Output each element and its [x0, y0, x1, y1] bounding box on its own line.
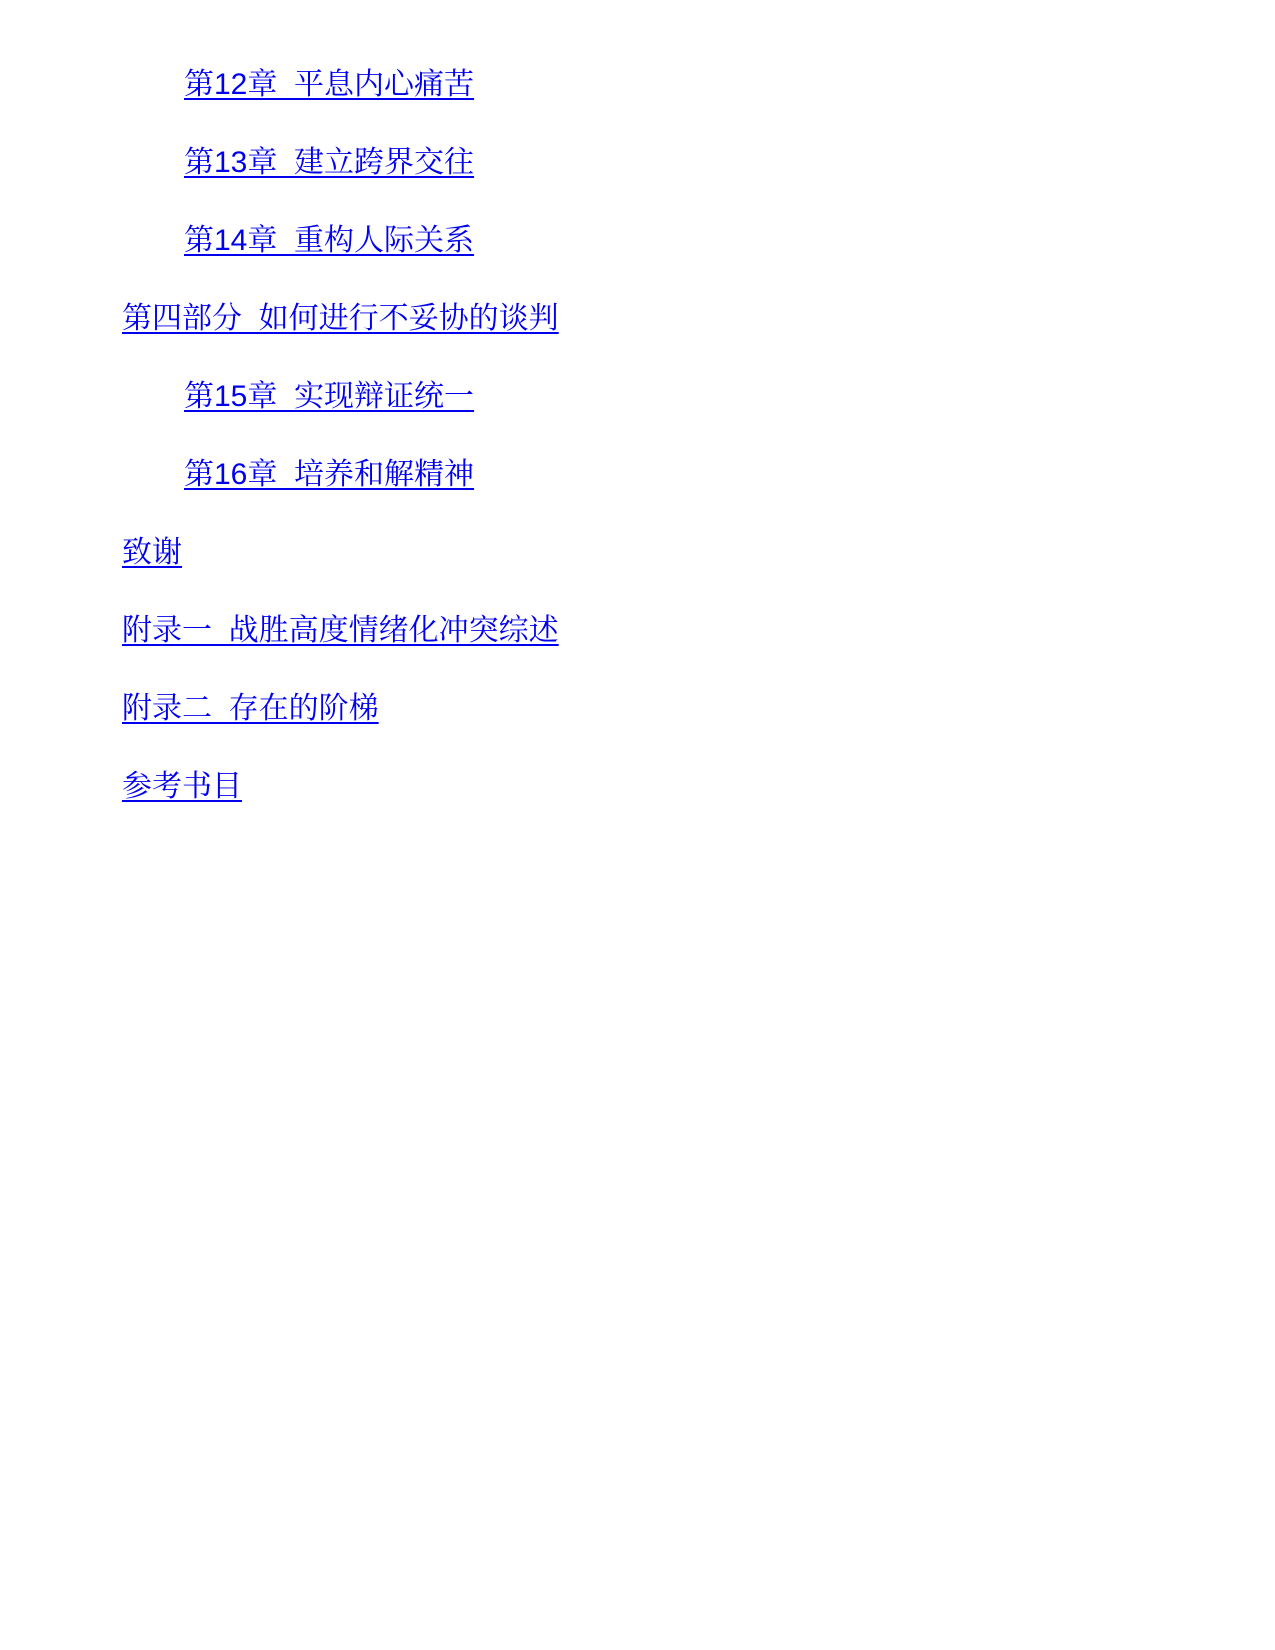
toc-link[interactable]: 第14章 重构人际关系 [184, 221, 474, 261]
toc-link[interactable]: 第13章 建立跨界交往 [184, 143, 474, 183]
toc-link[interactable]: 第12章 平息内心痛苦 [184, 65, 474, 105]
toc-link[interactable]: 附录二 存在的阶梯 [122, 689, 379, 729]
toc-link[interactable]: 致谢 [122, 533, 182, 573]
toc-link[interactable]: 参考书目 [122, 767, 242, 807]
table-of-contents: 第12章 平息内心痛苦第13章 建立跨界交往第14章 重构人际关系第四部分 如何… [122, 65, 1235, 807]
toc-link[interactable]: 第15章 实现辩证统一 [184, 377, 474, 417]
toc-link[interactable]: 第四部分 如何进行不妥协的谈判 [122, 299, 559, 339]
toc-link[interactable]: 附录一 战胜高度情绪化冲突综述 [122, 611, 559, 651]
document-page: 第12章 平息内心痛苦第13章 建立跨界交往第14章 重构人际关系第四部分 如何… [0, 0, 1275, 1650]
toc-link[interactable]: 第16章 培养和解精神 [184, 455, 474, 495]
